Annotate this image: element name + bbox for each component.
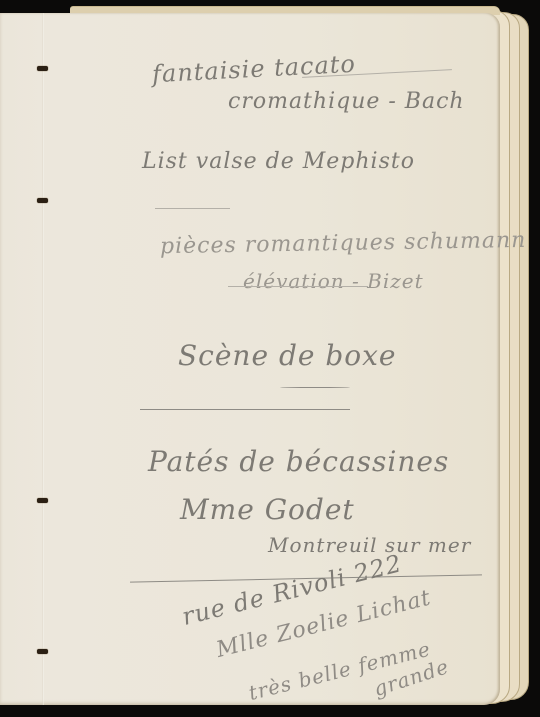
underline [228, 286, 368, 287]
flourish [280, 387, 350, 388]
note-line-5: élévation - Bizet [243, 269, 424, 293]
binding-hole [37, 649, 48, 654]
note-line-1: fantaisie tacato [151, 50, 356, 89]
note-line-6: Scène de boxe [178, 339, 396, 372]
note-line-3: List valse de Mephisto [142, 149, 415, 174]
binding-hole [37, 198, 48, 203]
note-line-7: Patés de bécassines [148, 445, 449, 478]
note-line-8: Mme Godet [180, 493, 355, 526]
short-rule [155, 208, 230, 209]
section-rule [140, 409, 350, 410]
gutter-fold [42, 13, 44, 705]
note-line-2: cromathique - Bach [228, 89, 465, 114]
binding-hole [37, 66, 48, 71]
notebook-photo: fantaisie tacato cromathique - Bach List… [0, 0, 540, 717]
note-line-4: pièces romantiques schumann [160, 228, 527, 259]
notebook-page: fantaisie tacato cromathique - Bach List… [0, 13, 500, 705]
binding-hole [37, 498, 48, 503]
note-line-9: Montreuil sur mer [268, 533, 471, 557]
